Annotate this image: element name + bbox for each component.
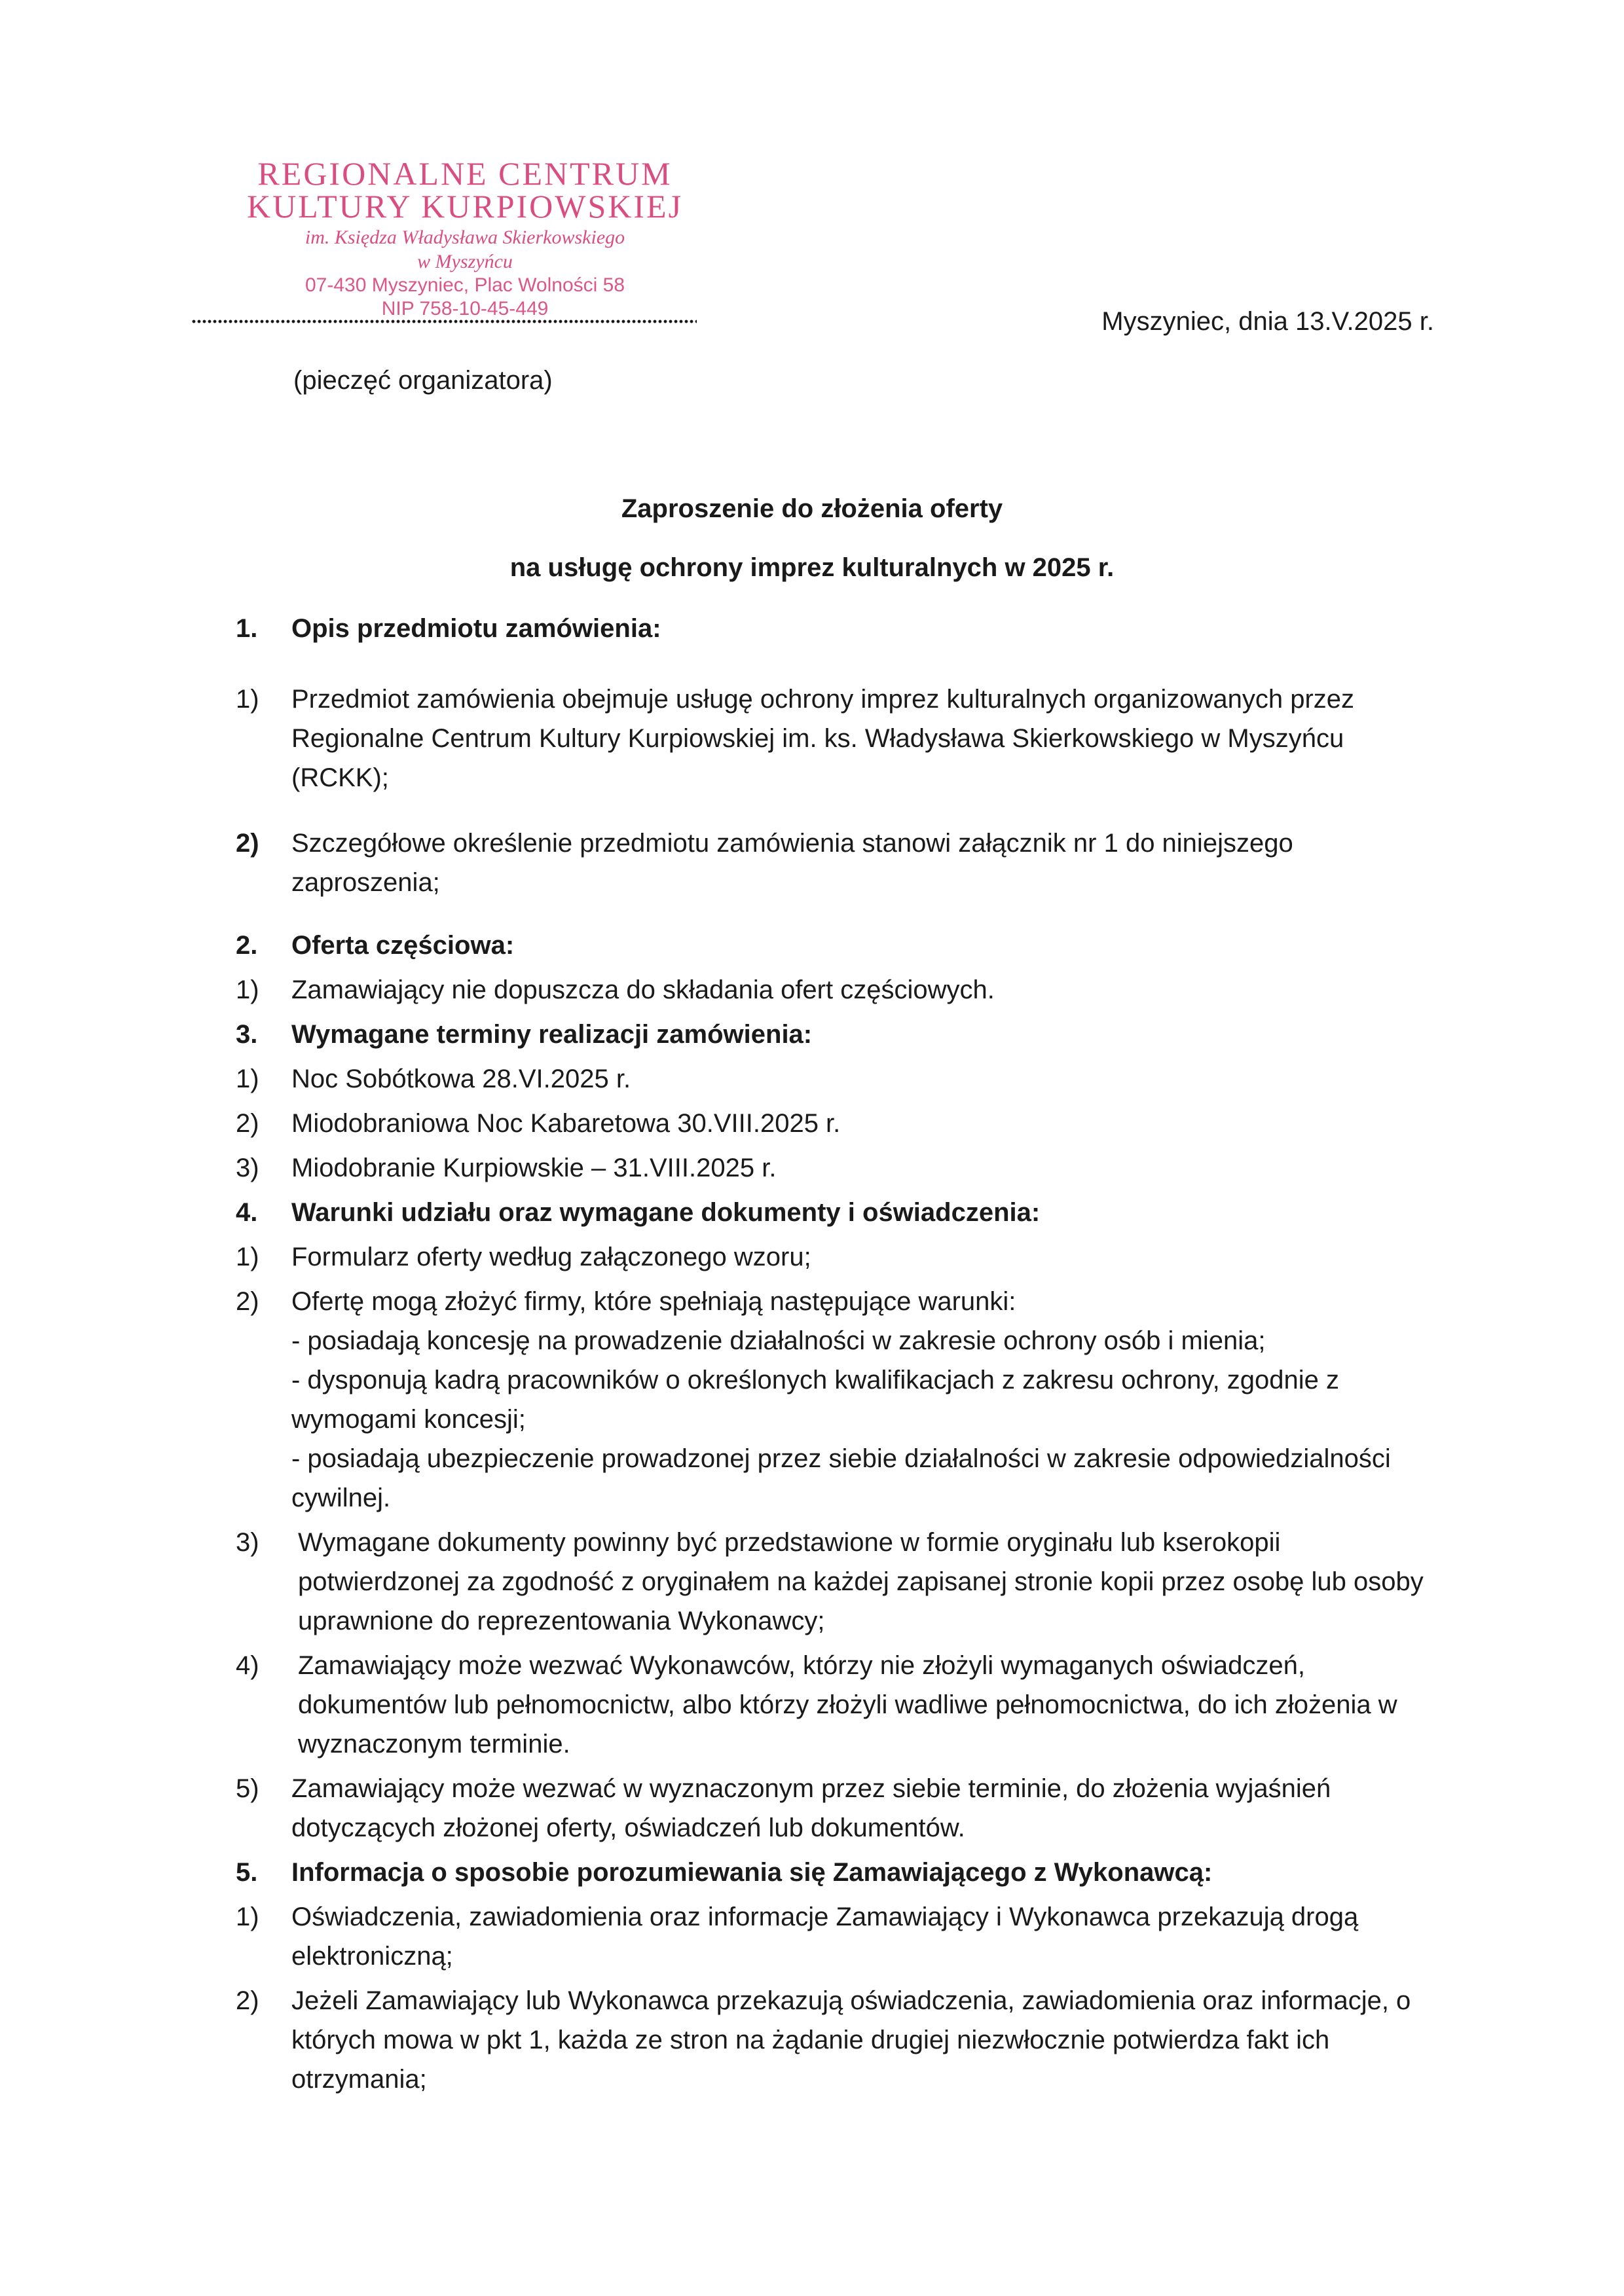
stamp-line-4: w Myszyńcu (196, 250, 733, 274)
stamp-address: 07-430 Myszyniec, Plac Wolności 58 (196, 274, 733, 297)
document-title: Zaproszenie do złożenia oferty (0, 492, 1624, 525)
stamp-dotted-line (191, 318, 697, 325)
section-heading: 3. Wymagane terminy realizacji zamówieni… (236, 1015, 1441, 1054)
document-subtitle: na usługę ochrony imprez kulturalnych w … (0, 551, 1624, 584)
document-date: Myszyniec, dnia 13.V.2025 r. (1101, 305, 1434, 338)
list-item: 1) Oświadczenia, zawiadomienia oraz info… (236, 1897, 1441, 1976)
section-heading: 2. Oferta częściowa: (236, 926, 1441, 965)
stamp-line-1: REGIONALNE CENTRUM (196, 157, 733, 190)
list-item: 2) Szczegółowe określenie przedmiotu zam… (236, 824, 1441, 902)
list-item: 1) Formularz oferty według załączonego w… (236, 1237, 1441, 1277)
document-body: 1. Opis przedmiotu zamówienia: 1) Przedm… (236, 609, 1441, 2099)
stamp-line-3: im. Księdza Władysława Skierkowskiego (196, 225, 733, 250)
stamp-caption: (pieczęć organizatora) (293, 364, 553, 397)
document-page: REGIONALNE CENTRUM KULTURY KURPIOWSKIEJ … (0, 0, 1624, 2296)
stamp-nip: NIP 758-10-45-449 (196, 297, 733, 321)
list-item: 1) Noc Sobótkowa 28.VI.2025 r. (236, 1059, 1441, 1099)
section-heading: 4. Warunki udziału oraz wymagane dokumen… (236, 1193, 1441, 1232)
list-item: 2) Ofertę mogą złożyć firmy, które spełn… (236, 1282, 1441, 1518)
list-item: 3) Wymagane dokumenty powinny być przeds… (236, 1523, 1441, 1641)
list-item: 2) Miodobraniowa Noc Kabaretowa 30.VIII.… (236, 1104, 1441, 1143)
list-item: 3) Miodobranie Kurpiowskie – 31.VIII.202… (236, 1148, 1441, 1188)
list-item: 1) Zamawiający nie dopuszcza do składani… (236, 970, 1441, 1010)
organizer-stamp: REGIONALNE CENTRUM KULTURY KURPIOWSKIEJ … (196, 157, 733, 321)
stamp-line-2: KULTURY KURPIOWSKIEJ (196, 190, 733, 223)
list-item: 1) Przedmiot zamówienia obejmuje usługę … (236, 680, 1441, 797)
bullet-item: - posiadają ubezpieczenie prowadzonej pr… (291, 1439, 1441, 1518)
list-item: 5) Zamawiający może wezwać w wyznaczonym… (236, 1769, 1441, 1848)
section-heading: 1. Opis przedmiotu zamówienia: (236, 609, 1441, 648)
list-item: 4) Zamawiający może wezwać Wykonawców, k… (236, 1646, 1441, 1764)
section-heading: 5. Informacja o sposobie porozumiewania … (236, 1853, 1441, 1892)
bullet-item: - dysponują kadrą pracowników o określon… (291, 1360, 1441, 1439)
bullet-item: - posiadają koncesję na prowadzenie dzia… (291, 1321, 1441, 1360)
list-item: 2) Jeżeli Zamawiający lub Wykonawca prze… (236, 1981, 1441, 2099)
